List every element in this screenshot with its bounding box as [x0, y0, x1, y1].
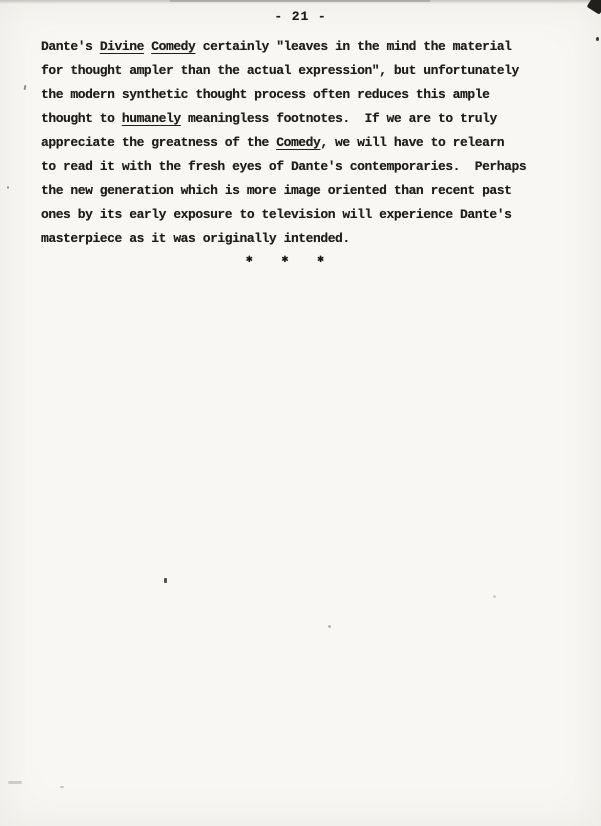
text-segment: to read it with the fresh eyes of Dante'…: [41, 159, 526, 174]
text-segment: ones by its early exposure to television…: [41, 207, 511, 222]
text-segment: masterpiece as it was originally intende…: [41, 231, 350, 246]
text-segment: the modern synthetic thought process oft…: [41, 87, 489, 102]
paragraph-line: to read it with the fresh eyes of Dante'…: [41, 155, 561, 179]
paragraph: Dante's Divine Comedy certainly "leaves …: [41, 35, 561, 251]
text-segment: certainly "leaves in the mind the materi…: [195, 39, 511, 54]
underlined-text: Divine: [100, 39, 144, 54]
paragraph-line: the new generation which is more image o…: [41, 179, 561, 203]
scan-artifact-corner-dot: [596, 37, 599, 41]
paragraph-line: thought to humanely meaningless footnote…: [41, 107, 561, 131]
scan-artifact-margin-tick: [24, 85, 27, 90]
text-segment: , we will have to relearn: [320, 135, 504, 150]
underlined-text: humanely: [122, 111, 181, 126]
paragraph-line: Dante's Divine Comedy certainly "leaves …: [41, 35, 561, 59]
scanned-document-page: - 21 - Dante's Divine Comedy certainly "…: [0, 0, 601, 826]
scan-artifact-top-edge-dark: [170, 0, 430, 2]
asterisk-glyph: ✱: [282, 251, 289, 269]
asterisk-glyph: ✱: [317, 251, 324, 269]
text-segment: the new generation which is more image o…: [41, 183, 511, 198]
scan-artifact-speck: [8, 781, 22, 784]
paragraph-line: the modern synthetic thought process oft…: [41, 83, 561, 107]
paragraph-line: appreciate the greatness of the Comedy, …: [41, 131, 561, 155]
underlined-text: Comedy: [151, 39, 195, 54]
text-segment: Dante's: [41, 39, 100, 54]
scan-artifact-speck: [493, 595, 496, 598]
text-segment: appreciate the greatness of the: [41, 135, 276, 150]
scan-artifact-speck: [328, 625, 331, 628]
text-segment: thought to: [41, 111, 122, 126]
text-segment: for thought ampler than the actual expre…: [41, 63, 519, 78]
text-segment: meaningless footnotes. If we are to trul…: [181, 111, 497, 126]
paragraph-line: ones by its early exposure to television…: [41, 203, 561, 227]
asterisk-glyph: ✱: [246, 251, 253, 269]
section-divider: ✱✱✱: [246, 249, 324, 267]
underlined-text: Comedy: [276, 135, 320, 150]
page-number: - 21 -: [0, 8, 601, 26]
scan-artifact-top-edge: [0, 0, 601, 4]
scan-artifact-speck: [7, 186, 9, 189]
paragraph-line: for thought ampler than the actual expre…: [41, 59, 561, 83]
paragraph-line: masterpiece as it was originally intende…: [41, 227, 561, 251]
scan-artifact-speck: [60, 786, 64, 788]
scan-artifact-speck: [164, 578, 167, 583]
